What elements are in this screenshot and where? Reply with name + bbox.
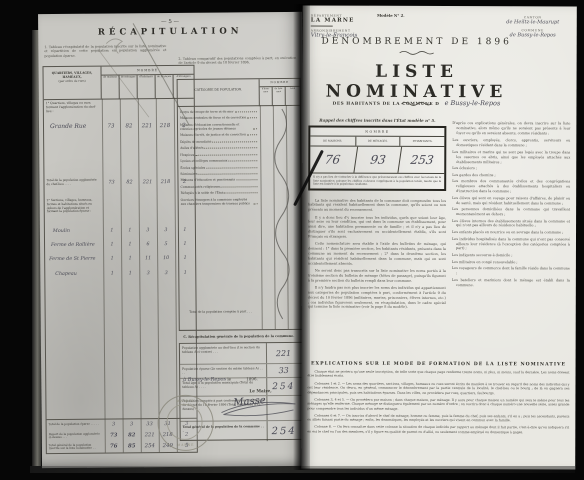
category-item: Les élèves qui sont en voyage pour raiso… (452, 196, 570, 206)
category-item: Les bateliers et mariniers dont le ménag… (452, 278, 570, 288)
page-number: — 5 — (38, 18, 302, 26)
scanned-census-document: — 5 — RÉCAPITULATION 1. Tableau récapitu… (0, 0, 584, 480)
stamp-bottom-text: MARNE (159, 443, 213, 447)
explications-paragraph: Colonnes 6 et 7. — On inscrira d'abord l… (307, 413, 569, 423)
commune-handwritten: e Bussy-le-Repos (445, 99, 501, 107)
category: Hospices (180, 152, 194, 156)
c-row-label: Population agglomérée au chef-lieu (1re … (180, 343, 266, 364)
rappel-column: Rappel des chiffres inscrits dans l'État… (308, 118, 447, 313)
cell: 3 (157, 271, 175, 276)
table-a-row-grande-rue: Grande Rue 73 82 221 218 2 (44, 122, 194, 130)
maire-label: Le Maire, (249, 388, 271, 393)
cell: 73 (105, 433, 123, 439)
table-b: CATÉGORIE DE POPULATION. NOMBRE d'hom- m… (177, 78, 303, 331)
cell: 1 (103, 242, 121, 247)
cell: 73 (102, 179, 120, 185)
row-name: Chapeau (45, 272, 103, 278)
cell: 6 (139, 242, 157, 247)
modele-label: Modèle N° 2. (361, 13, 421, 18)
rappel-nombre: NOMBRE (310, 128, 444, 137)
row-name: Moulin (45, 229, 103, 235)
cell: 221 (138, 179, 156, 185)
rappel-caption: Rappel des chiffres inscrits dans l'État… (308, 118, 446, 123)
category-item: Les voyageurs de commerce dont la famill… (452, 266, 570, 276)
cell: 1 (121, 271, 139, 276)
category: Ouvriers étrangers à la commune employés… (181, 197, 253, 206)
table-b-header: CATÉGORIE DE POPULATION. (178, 79, 260, 107)
cell: 221 (138, 123, 156, 129)
cell: 3 (139, 228, 157, 233)
explications-paragraph: Chaque état ne portera qu'une seule insc… (308, 370, 570, 380)
divider-squiggle-2 (400, 101, 432, 107)
cell: 33 (141, 421, 159, 427)
category-item: Les enfants placés en nourrice ou en sev… (452, 230, 570, 235)
table-a-section2-label: 2° Sections, villages, hameaux, fermes e… (47, 199, 101, 215)
cell: 218 (156, 122, 174, 128)
cell: 76 (105, 444, 123, 450)
cell: 85 (123, 444, 141, 450)
year-label: 1896. (246, 376, 257, 381)
total1-label: Total de la population agglomérée du che… (44, 179, 102, 187)
table-a-row-eparse: Moulin 1 1 3 3 1 (45, 228, 195, 234)
row-name: Ferme de St Pierre (45, 257, 103, 263)
table-b-col: d'hom- mes (260, 87, 273, 106)
instruction-paragraph: Cette nomenclature sera établie à l'aide… (308, 242, 446, 267)
cell: 3 (123, 421, 141, 427)
table-a-total1-row: Total de la population agglomérée du che… (44, 178, 194, 187)
book-spine-shadow (293, 4, 310, 470)
table-a-row-eparse: Ferme de Rollière 1 1 6 5 1 (45, 242, 195, 248)
category: Maisons d'arrêt, de justice et de correc… (180, 133, 246, 138)
row-name: Grande Rue (44, 123, 102, 131)
category-item: Les élèves internes des établissements s… (452, 219, 570, 229)
explications-paragraph: Colonnes 1 et 2. — Les noms des quartier… (307, 381, 569, 395)
category: Maisons d'éducation et pensionnats (180, 178, 235, 183)
table-a-col-1: de maisons (102, 75, 120, 98)
row-name: Ferme de Rollière (45, 243, 103, 249)
cell: 82 (123, 433, 141, 439)
cell: 221 (141, 433, 159, 439)
instruction-paragraph: Ne seront donc pas transcrits sur la lis… (308, 269, 446, 284)
category: Communautés religieuses (181, 184, 220, 188)
signature-flourish (219, 398, 299, 419)
section-c-title: C. Récapitulation générale de la populat… (175, 334, 303, 339)
rappel-col: D'HABITANTS. (400, 137, 445, 146)
canton-value: de Heiltz-le-Maurupt (495, 19, 571, 25)
departement-value: LA MARNE (311, 18, 385, 24)
explications-title: EXPLICATIONS SUR LE MODE DE FORMATION DE… (308, 362, 570, 368)
category: Réfugiés à la solde de l'État (181, 191, 223, 195)
denombrement-title: DÉNOMBREMENT DE 1896 (303, 37, 531, 48)
explications-paragraph: Colonnes 3, 4 et 5. — On procédera par m… (307, 397, 569, 411)
category: Maisons d'éducation correctionnelle et c… (180, 122, 252, 131)
note-b: 2. Tableau comparatif des populations co… (178, 56, 296, 66)
table-a-col-4: de Français (156, 75, 174, 98)
mairie-stamp: MAIRIE MARNE (157, 395, 213, 451)
cell: 11 (139, 256, 157, 261)
rappel-value-menages: 93 (353, 147, 401, 173)
cell: 1 (103, 228, 121, 233)
cell: 5 (157, 242, 175, 247)
category-item: Les gardes des chemins ; (452, 173, 570, 178)
instruction-paragraph: La liste nominative des habitants de la … (308, 198, 446, 213)
category-item: Les personnes domiciliées dans la commun… (452, 207, 570, 217)
table-a-head-left2: (par ordre de rues) (44, 79, 101, 83)
table-a-section1-label: 1° Quartiers, villages ou rues formant l… (46, 102, 100, 114)
date-line: à Bussy-le-Repos le 1896. (183, 376, 303, 383)
table-a-row-eparse: Chapeau 1 1 3 3 1 (45, 271, 195, 277)
category: Maisons centrales de force et de correct… (180, 116, 246, 121)
cell: 1 (103, 271, 121, 276)
table-b-total-label: Total de la population comptée à part . … (182, 309, 260, 314)
report-label: Report de la population agglomérée ci-de… (47, 433, 105, 440)
category-item: Les militaires et marins qui ne sont pas… (452, 150, 570, 165)
grand-label: Total général de la population inscrite … (47, 444, 105, 451)
rappel-col: DE MÉNAGES. (355, 137, 400, 146)
table-a-col-3: d'habitants (138, 75, 156, 98)
category-item: Les militaires en congé renouvelable ; (452, 260, 570, 265)
category-item: Les indigents secourus à domicile ; (452, 253, 570, 258)
instruction-paragraph: Il y a donc lieu d'y inscrire tous les i… (308, 215, 446, 240)
explications-paragraph: Colonne 8. — On fera connaître dans cett… (307, 425, 569, 435)
category-item: Les membres des communautés civiles et d… (452, 180, 570, 195)
cell: 1 (121, 242, 139, 247)
cell: 3 (157, 228, 175, 233)
categories-intro: D'après ces explications générales, on d… (452, 121, 570, 136)
cell: 3 (105, 421, 123, 427)
table-a-col-2: de ménages (120, 75, 138, 98)
note-a: 1. Tableau récapitulatif de la populatio… (44, 44, 166, 58)
explications-section: EXPLICATIONS SUR LE MODE DE FORMATION DE… (307, 362, 569, 438)
cell: 1 (121, 256, 139, 261)
instruction-paragraph: Il n'y faudra pas non plus inscrire les … (308, 286, 446, 311)
cell: 10 (157, 256, 175, 261)
category-item: Les ouvriers, employés, clercs, apprenti… (452, 139, 570, 149)
cell: 82 (120, 123, 138, 129)
header-right-block: CANTON de Heiltz-le-Maurupt COMMUNE de B… (495, 15, 571, 38)
cell: 73 (102, 123, 120, 129)
table-b-col: de fem- mes (273, 87, 286, 106)
category: Dépôts de mendicité (180, 139, 211, 143)
rappel-col: DE MAISONS. (310, 137, 355, 146)
cell: 82 (120, 179, 138, 185)
category: Écoles spéciales (180, 165, 205, 169)
category-item: Les individus hospitalisés dans la commu… (452, 237, 570, 252)
table-a: QUARTIERS, VILLAGES, HAMEAUX, (par ordre… (42, 65, 197, 454)
le-label: le (227, 376, 231, 381)
category: Asiles d'aliénés (180, 146, 203, 150)
divider-squiggle (399, 50, 435, 56)
right-page: DÉPARTEMENT LA MARNE ARRONDISSEMENT Vitr… (301, 6, 577, 470)
category: Séminaires (180, 172, 197, 176)
cell: 218 (156, 179, 174, 185)
total2-label: Total de la population éparse . . . . . (47, 423, 105, 427)
place-handwritten: à Bussy-le-Repos (183, 377, 226, 383)
table-a-row-eparse: Ferme de St Pierre 1 1 11 10 1 (45, 256, 195, 262)
left-page: — 5 — RÉCAPITULATION 1. Tableau récapitu… (38, 12, 306, 468)
rappel-value-habitants: 253 (398, 147, 446, 173)
rappel-footnote: Il n'y a pas lieu de s'attacher à la dif… (310, 174, 444, 189)
category-item: Les éclusiers ; (452, 166, 570, 171)
cell: 254 (141, 444, 159, 450)
cell: 3 (139, 271, 157, 276)
categories-column: D'après ces explications générales, on d… (452, 121, 571, 290)
category: Corps de troupe de terre et de mer (180, 109, 234, 114)
cell: 1 (121, 228, 139, 233)
category: Lycées et collèges communaux (180, 159, 227, 163)
stamp-top-text: MAIRIE (158, 399, 212, 403)
recap-title: RÉCAPITULATION (38, 26, 302, 38)
cell: 1 (103, 256, 121, 261)
